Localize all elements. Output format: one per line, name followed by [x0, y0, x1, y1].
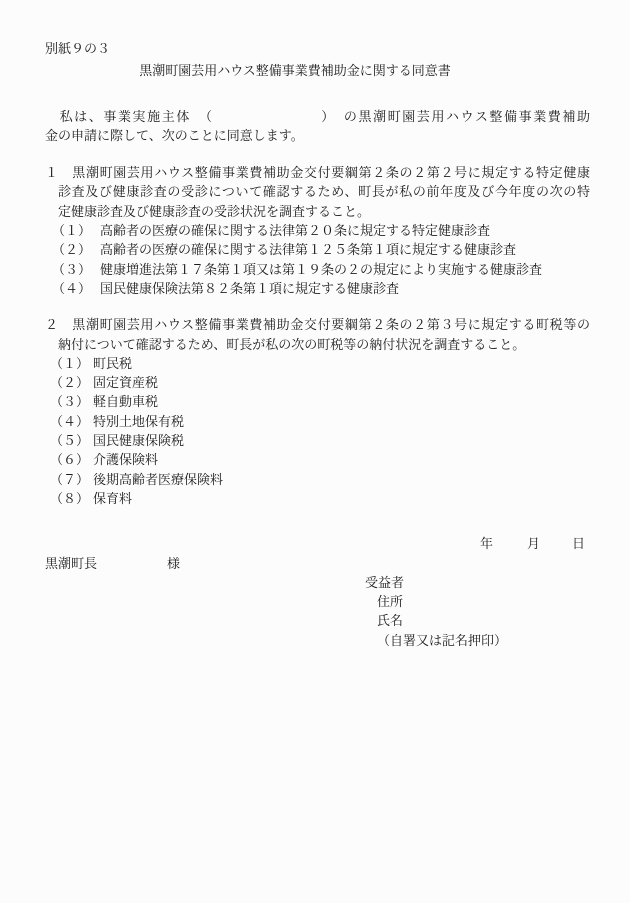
document-content: 別紙９の３ 黒潮町園芸用ハウス整備事業費補助金に関する同意書 私は、事業実施主体…	[0, 0, 630, 650]
tax-subitem: （４） 特別土地保有税	[50, 412, 590, 431]
clause-2: ２ 黒潮町園芸用ハウス整備事業費補助金交付要綱第２条の２第３号に規定する町税等の…	[45, 315, 590, 508]
tax-subitem: （２） 固定資産税	[50, 373, 590, 392]
clause-1-line-1: １ 黒潮町園芸用ハウス整備事業費補助金交付要綱第２条の２第２号に規定する特定健康	[45, 163, 590, 182]
tax-subitem: （６） 介護保険料	[50, 450, 590, 469]
subitem-text: 高齢者の医療の確保に関する法律第２０条に規定する特定健康診査	[100, 221, 590, 240]
clause-1-subitem: （２） 高齢者の医療の確保に関する法律第１２５条第１項に規定する健康診査	[52, 240, 590, 259]
intro-paragraph: 私は、事業実施主体 （） の黒潮町園芸用ハウス整備事業費補助 金の申請に際して、…	[45, 107, 590, 146]
subitem-text: 高齢者の医療の確保に関する法律第１２５条第１項に規定する健康診査	[100, 240, 590, 259]
tax-subitem: （３） 軽自動車税	[50, 392, 590, 411]
subitem-number: （３）	[50, 392, 93, 411]
name-line: 氏名	[45, 611, 590, 630]
subitem-number: （３）	[52, 260, 100, 279]
date-day-label: 日	[572, 536, 585, 551]
subitem-number: （６）	[50, 450, 93, 469]
subitem-number: （２）	[50, 373, 93, 392]
subitem-text: 後期高齢者医療保険料	[93, 470, 590, 489]
subitem-text: 介護保険料	[93, 450, 590, 469]
signature-note-line: （自署又は記名押印）	[45, 631, 590, 650]
clause-1-subitem: （４） 国民健康保険法第８２条第１項に規定する健康診査	[52, 279, 590, 298]
intro-line-2: 金の申請に際して、次のことに同意します。	[45, 126, 590, 145]
addressee-line: 黒潮町長様	[45, 554, 590, 573]
tax-subitem: （１） 町民税	[50, 354, 590, 373]
subitem-number: （４）	[52, 279, 100, 298]
clause-1-subitem: （１） 高齢者の医療の確保に関する法律第２０条に規定する特定健康診査	[52, 221, 590, 240]
address-label: 住所	[377, 594, 403, 609]
subitem-number: （４）	[50, 412, 93, 431]
subitem-number: （７）	[50, 470, 93, 489]
page-title: 黒潮町園芸用ハウス整備事業費補助金に関する同意書	[45, 61, 590, 80]
subitem-text: 固定資産税	[93, 373, 590, 392]
clause-1: １ 黒潮町園芸用ハウス整備事業費補助金交付要綱第２条の２第２号に規定する特定健康…	[45, 163, 590, 298]
subitem-text: 健康増進法第１７条第１項又は第１９条の２の規定により実施する健康診査	[100, 260, 590, 279]
addressee: 黒潮町長	[45, 556, 97, 571]
entity-name-blank[interactable]	[214, 107, 320, 121]
honorific: 様	[167, 556, 180, 571]
clause-1-line-3: 定健康診査及び健康診査の受診状況を調査すること。	[58, 202, 590, 221]
tax-subitem: （８） 保育料	[50, 489, 590, 508]
signature-note: （自署又は記名押印）	[377, 633, 507, 648]
doc-label: 別紙９の３	[45, 39, 590, 58]
date-month-label: 月	[527, 536, 540, 551]
subitem-text: 軽自動車税	[93, 392, 590, 411]
subitem-text: 国民健康保険法第８２条第１項に規定する健康診査	[100, 279, 590, 298]
date-year-label: 年	[480, 536, 493, 551]
clause-2-line-1: ２ 黒潮町園芸用ハウス整備事業費補助金交付要綱第２条の２第３号に規定する町税等の	[45, 315, 590, 334]
subitem-text: 特別土地保有税	[93, 412, 590, 431]
tax-subitem: （７） 後期高齢者医療保険料	[50, 470, 590, 489]
subitem-text: 保育料	[93, 489, 590, 508]
clause-1-subitem: （３） 健康増進法第１７条第１項又は第１９条の２の規定により実施する健康診査	[52, 260, 590, 279]
clause-2-line-2: 納付について確認するため、町長が私の次の町税等の納付状況を調査すること。	[58, 335, 590, 354]
beneficiary-line: 受益者	[45, 573, 590, 592]
intro-line-1-prefix: 私は、事業実施主体 （	[45, 109, 214, 124]
intro-line-1-suffix: ） の黒潮町園芸用ハウス整備事業費補助	[320, 109, 590, 124]
tax-subitem: （５） 国民健康保険税	[50, 431, 590, 450]
date-line: 年月日	[45, 534, 590, 553]
beneficiary-label: 受益者	[365, 575, 404, 590]
name-label: 氏名	[377, 613, 403, 628]
address-line: 住所	[45, 592, 590, 611]
consent-document-page: 別紙９の３ 黒潮町園芸用ハウス整備事業費補助金に関する同意書 私は、事業実施主体…	[0, 0, 630, 903]
subitem-number: （８）	[50, 489, 93, 508]
clause-1-line-2: 診査及び健康診査の受診について確認するため、町長が私の前年度及び今年度の次の特	[58, 182, 590, 201]
intro-line-1: 私は、事業実施主体 （） の黒潮町園芸用ハウス整備事業費補助	[45, 107, 590, 126]
subitem-number: （５）	[50, 431, 93, 450]
subitem-text: 国民健康保険税	[93, 431, 590, 450]
subitem-text: 町民税	[93, 354, 590, 373]
subitem-number: （１）	[50, 354, 93, 373]
subitem-number: （２）	[52, 240, 100, 259]
subitem-number: （１）	[52, 221, 100, 240]
